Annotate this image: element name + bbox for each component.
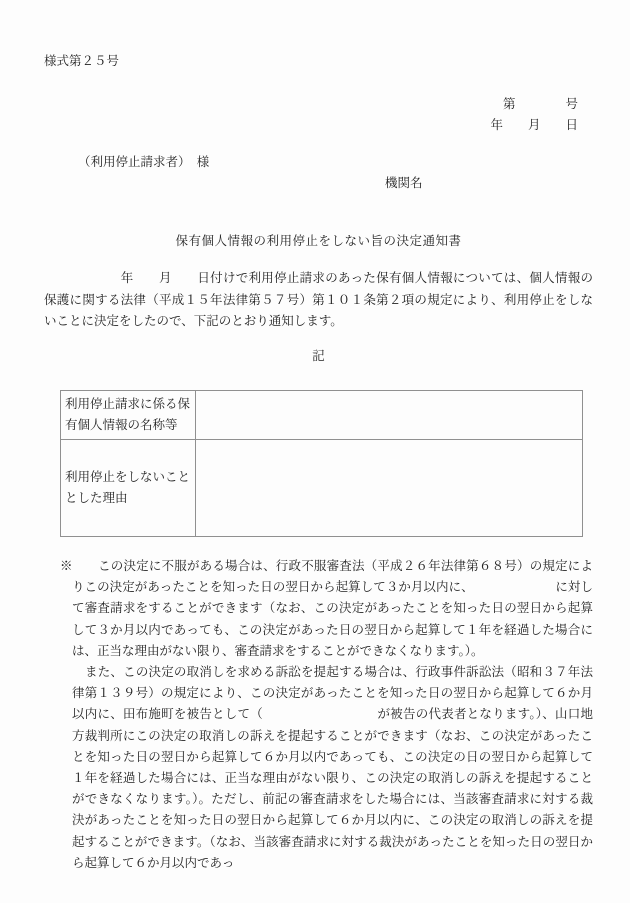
row-label-reason: 利用停止をしないこと とした理由: [61, 440, 196, 537]
row-value-reason: [196, 440, 583, 537]
decision-table: 利用停止請求に係る保 有個人情報の名称等 利用停止をしないこと とした理由: [60, 390, 583, 537]
organization-name: 機関名: [44, 173, 593, 195]
document-date-line: 年 月 日: [44, 115, 593, 137]
row-label-information-name: 利用停止請求に係る保 有個人情報の名称等: [61, 391, 196, 440]
document-number-line: 第 号: [44, 94, 593, 116]
ki-heading: 記: [44, 346, 593, 368]
table-row-reason: 利用停止をしないこと とした理由: [61, 440, 583, 537]
document-page: 様式第２５号 第 号 年 月 日 （利用停止請求者） 様 機関名 保有個人情報の…: [0, 0, 630, 903]
form-number: 様式第２５号: [44, 51, 593, 73]
document-title: 保有個人情報の利用停止をしない旨の決定通知書: [44, 231, 593, 253]
note-lawsuit-paragraph: また、この決定の取消しを求める訴訟を提起する場合は、行政事件訴訟法（昭和３７年法…: [44, 662, 593, 874]
addressee-line: （利用停止請求者） 様: [44, 152, 593, 174]
note-appeal-paragraph: ※ この決定に不服がある場合は、行政不服審査法（平成２６年法律第６８号）の規定に…: [44, 556, 593, 662]
notes-block: ※ この決定に不服がある場合は、行政不服審査法（平成２６年法律第６８号）の規定に…: [44, 556, 593, 874]
body-paragraph: 年 月 日付けで利用停止請求のあった保有個人情報については、個人情報の保護に関す…: [44, 268, 593, 333]
row-value-information-name: [196, 391, 583, 440]
table-row-information-name: 利用停止請求に係る保 有個人情報の名称等: [61, 391, 583, 440]
